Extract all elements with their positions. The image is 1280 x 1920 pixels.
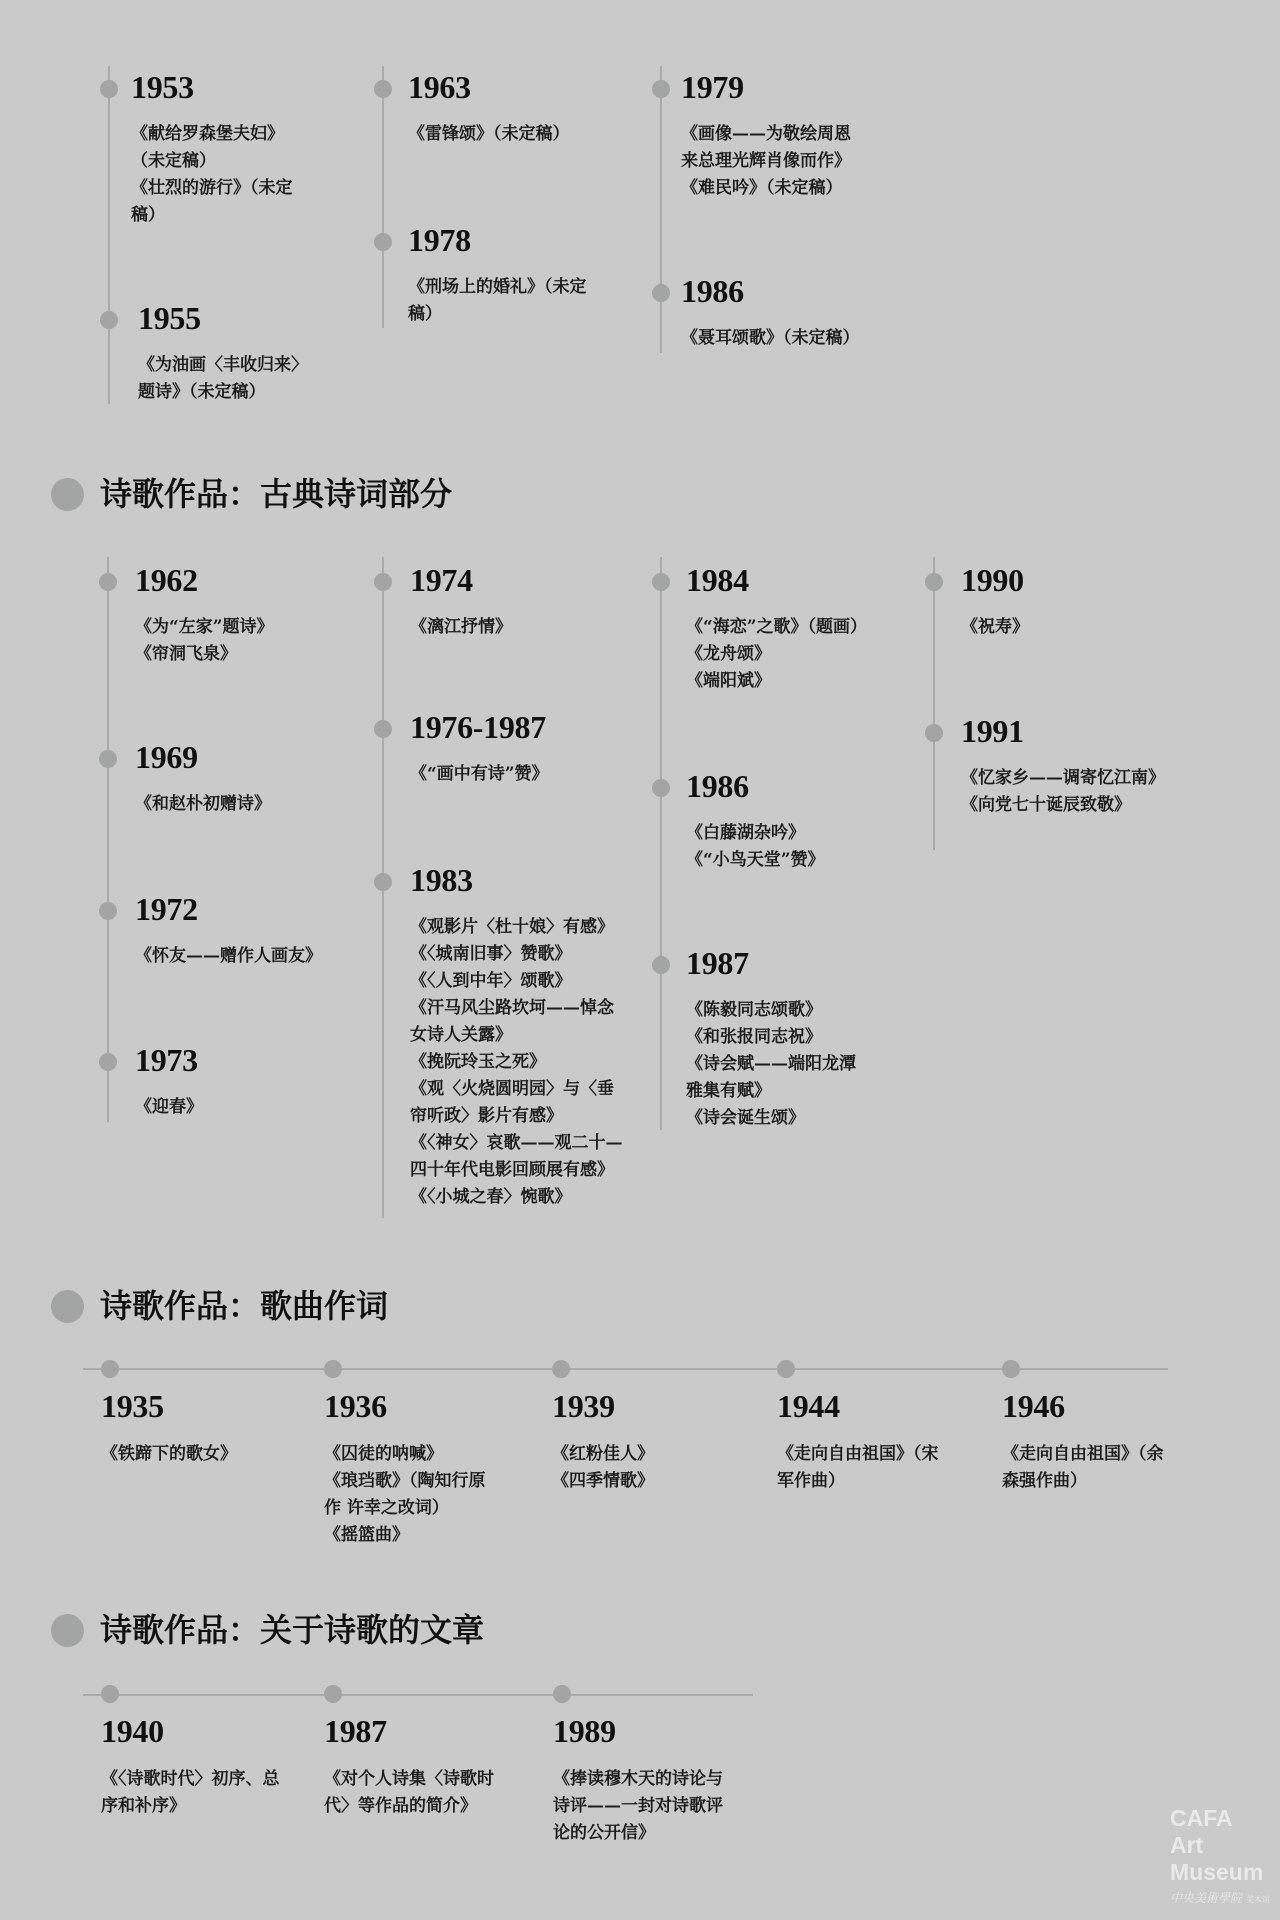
timeline-entry-1944: 1944 《走向自由祖国》（宋军作曲） [777,1388,939,1495]
timeline-entry-1963: 1963 《雷锋颂》（未定稿） [383,69,587,148]
year-label: 1936 [324,1388,486,1424]
work-list: 《铁蹄下的歌女》 [101,1441,280,1468]
timeline-dot [99,750,117,768]
section-heading-classical: 诗歌作品：古典诗词部分 [51,474,452,514]
work-title: 《“画中有诗”赞》 [410,761,589,788]
year-label: 1987 [324,1713,503,1749]
work-list: 《刑场上的婚礼》（未定稿） [408,274,587,328]
timeline-entry-1976-1987: 1976-1987 《“画中有诗”赞》 [383,709,589,788]
timeline-entry-1955: 1955 《为油画〈丰收归来〉题诗》（未定稿） [109,300,317,406]
timeline-dot [925,573,943,591]
year-label: 1946 [1002,1388,1164,1424]
timeline-dot [374,233,392,251]
year-label: 1991 [961,713,1174,749]
section-title: 诗歌作品：古典诗词部分 [100,474,452,514]
timeline-dot [652,956,670,974]
timeline-entry-1953: 1953 《献给罗森堡夫妇》（未定稿） 《壮烈的游行》（未定稿） [109,69,293,229]
work-title: 《怀友——赠作人画友》 [135,943,339,970]
year-label: 1939 [552,1388,731,1424]
work-title: 《向党七十诞辰致敬》 [961,792,1174,819]
work-title: 《挽阮玲玉之死》 [410,1049,623,1076]
timeline-dot [652,80,670,98]
section-heading-songs: 诗歌作品：歌曲作词 [51,1286,388,1326]
work-list: 《白藤湖杂吟》 《“小鸟天堂”赞》 [686,820,865,874]
timeline-dot [925,724,943,742]
year-label: 1972 [135,891,339,927]
work-title: 《〈诗歌时代〉初序、总序和补序》 [101,1766,280,1820]
timeline-entry-1973: 1973 《迎春》 [108,1042,314,1121]
work-list: 《对个人诗集〈诗歌时代〉等作品的简介》 [324,1766,503,1820]
work-title: 《〈小城之春〉惋歌》 [410,1184,623,1211]
work-title: 《红粉佳人》 [552,1441,731,1468]
work-title: 《壮烈的游行》（未定稿） [131,175,293,229]
timeline-entry-1986: 1986 《聂耳颂歌》（未定稿） [661,273,877,352]
work-title: 《献给罗森堡夫妇》（未定稿） [131,121,293,175]
work-list: 《“海恋”之歌》（题画） 《龙舟颂》 《端阳斌》 [686,614,899,695]
timeline-dot [652,779,670,797]
year-label: 1974 [410,562,589,598]
year-label: 1963 [408,69,587,105]
work-list: 《漓江抒情》 [410,614,589,641]
year-label: 1986 [681,273,877,309]
year-label: 1955 [138,300,317,336]
timeline-entry-1940: 1940 《〈诗歌时代〉初序、总序和补序》 [101,1713,280,1820]
work-list: 《迎春》 [135,1094,314,1121]
timeline-dot [374,573,392,591]
cafa-art-museum-logo: CAFA Art Museum 中央美術學院美术馆 [1170,1805,1270,1908]
work-title: 《龙舟颂》 [686,641,899,668]
work-list: 《为“左家”题诗》 《帘洞飞泉》 [135,614,314,668]
year-label: 1987 [686,945,865,981]
year-label: 1989 [553,1713,732,1749]
timeline-dot [101,1360,119,1378]
work-list: 《〈诗歌时代〉初序、总序和补序》 [101,1766,280,1820]
work-list: 《走向自由祖国》（余森强作曲） [1002,1441,1164,1495]
work-list: 《观影片〈杜十娘〉有感》 《〈城南旧事〉赞歌》 《〈人到中年〉颂歌》 《汗马风尘… [410,914,623,1211]
timeline-dot [777,1360,795,1378]
work-list: 《祝寿》 [961,614,1140,641]
timeline-entry-1962: 1962 《为“左家”题诗》 《帘洞飞泉》 [108,562,314,668]
work-title: 《囚徒的呐喊》 [324,1441,486,1468]
logo-line-museum: Museum [1170,1859,1270,1886]
year-label: 1969 [135,739,314,775]
timeline-dot [100,80,118,98]
work-title: 《铁蹄下的歌女》 [101,1441,280,1468]
logo-calligraphy: 中央美術學院 [1170,1891,1242,1905]
work-title: 《捧读穆木天的诗论与诗评——一封对诗歌评论的公开信》 [553,1766,732,1847]
timeline-line [83,1694,753,1696]
logo-subtitle: 美术馆 [1246,1895,1270,1904]
heading-bullet-icon [51,1614,84,1647]
logo-chinese-name: 中央美術學院美术馆 [1170,1890,1270,1908]
work-title: 《画像——为敬绘周恩来总理光辉肖像而作》 [681,121,860,175]
work-title: 《对个人诗集〈诗歌时代〉等作品的简介》 [324,1766,503,1820]
work-list: 《怀友——赠作人画友》 [135,943,339,970]
work-title: 《迎春》 [135,1094,314,1121]
timeline-dot [552,1360,570,1378]
work-title: 《摇篮曲》 [324,1522,486,1549]
heading-bullet-icon [51,1290,84,1323]
work-title: 《端阳斌》 [686,668,899,695]
work-title: 《“海恋”之歌》（题画） [686,614,899,641]
work-title: 《走向自由祖国》（余森强作曲） [1002,1441,1164,1495]
work-title: 《观〈火烧圆明园〉与〈垂帘听政〉影片有感》 [410,1076,623,1130]
section-heading-essays: 诗歌作品：关于诗歌的文章 [51,1610,484,1650]
timeline-dot [652,284,670,302]
timeline-dot [652,573,670,591]
year-label: 1976-1987 [410,709,589,745]
work-list: 《雷锋颂》（未定稿） [408,121,587,148]
work-title: 《诗会赋——端阳龙潭雅集有赋》 [686,1051,865,1105]
logo-line-cafa: CAFA [1170,1805,1270,1832]
year-label: 1953 [131,69,293,105]
timeline-dot [1002,1360,1020,1378]
timeline-dot [324,1360,342,1378]
year-label: 1940 [101,1713,280,1749]
timeline-entry-1986: 1986 《白藤湖杂吟》 《“小鸟天堂”赞》 [661,768,865,874]
work-title: 《陈毅同志颂歌》 [686,997,865,1024]
timeline-dot [99,902,117,920]
work-list: 《忆家乡——调寄忆江南》 《向党七十诞辰致敬》 [961,765,1174,819]
work-list: 《走向自由祖国》（宋军作曲） [777,1441,939,1495]
year-label: 1990 [961,562,1140,598]
timeline-entry-1935: 1935 《铁蹄下的歌女》 [101,1388,280,1468]
timeline-dot [99,1053,117,1071]
timeline-entry-1978: 1978 《刑场上的婚礼》（未定稿） [383,222,587,328]
timeline-entry-1990: 1990 《祝寿》 [934,562,1140,641]
timeline-entry-1987: 1987 《对个人诗集〈诗歌时代〉等作品的简介》 [324,1713,503,1820]
work-title: 《〈神女〉哀歌——观二十—四十年代电影回顾展有感》 [410,1130,623,1184]
timeline-entry-1979: 1979 《画像——为敬绘周恩来总理光辉肖像而作》 《难民吟》（未定稿） [661,69,860,202]
work-list: 《囚徒的呐喊》 《琅珰歌》（陶知行原作 许幸之改词） 《摇篮曲》 [324,1441,486,1549]
work-title: 《为油画〈丰收归来〉题诗》（未定稿） [138,352,317,406]
timeline-entry-1969: 1969 《和赵朴初赠诗》 [108,739,314,818]
year-label: 1983 [410,862,623,898]
work-title: 《和赵朴初赠诗》 [135,791,314,818]
work-title: 《漓江抒情》 [410,614,589,641]
timeline-entry-1984: 1984 《“海恋”之歌》（题画） 《龙舟颂》 《端阳斌》 [661,562,899,695]
year-label: 1978 [408,222,587,258]
work-title: 《〈城南旧事〉赞歌》 [410,941,623,968]
work-list: 《画像——为敬绘周恩来总理光辉肖像而作》 《难民吟》（未定稿） [681,121,860,202]
work-list: 《献给罗森堡夫妇》（未定稿） 《壮烈的游行》（未定稿） [131,121,293,229]
work-title: 《聂耳颂歌》（未定稿） [681,325,877,352]
timeline-entry-1936: 1936 《囚徒的呐喊》 《琅珰歌》（陶知行原作 许幸之改词） 《摇篮曲》 [324,1388,486,1549]
year-label: 1962 [135,562,314,598]
work-title: 《忆家乡——调寄忆江南》 [961,765,1174,792]
work-list: 《“画中有诗”赞》 [410,761,589,788]
work-title: 《难民吟》（未定稿） [681,175,860,202]
work-title: 《为“左家”题诗》 [135,614,314,641]
heading-bullet-icon [51,478,84,511]
timeline-entry-1991: 1991 《忆家乡——调寄忆江南》 《向党七十诞辰致敬》 [934,713,1174,819]
timeline-entry-1987: 1987 《陈毅同志颂歌》 《和张报同志祝》 《诗会赋——端阳龙潭雅集有赋》 《… [661,945,865,1132]
work-title: 《雷锋颂》（未定稿） [408,121,587,148]
timeline-dot [99,573,117,591]
work-list: 《聂耳颂歌》（未定稿） [681,325,877,352]
work-title: 《祝寿》 [961,614,1140,641]
timeline-entry-1974: 1974 《漓江抒情》 [383,562,589,641]
work-list: 《捧读穆木天的诗论与诗评——一封对诗歌评论的公开信》 [553,1766,732,1847]
year-label: 1984 [686,562,899,598]
work-list: 《陈毅同志颂歌》 《和张报同志祝》 《诗会赋——端阳龙潭雅集有赋》 《诗会诞生颂… [686,997,865,1132]
timeline-dot [553,1685,571,1703]
timeline-dot [324,1685,342,1703]
year-label: 1944 [777,1388,939,1424]
work-title: 《观影片〈杜十娘〉有感》 [410,914,623,941]
work-title: 《刑场上的婚礼》（未定稿） [408,274,587,328]
timeline-entry-1972: 1972 《怀友——赠作人画友》 [108,891,339,970]
work-title: 《琅珰歌》（陶知行原作 许幸之改词） [324,1468,486,1522]
work-title: 《和张报同志祝》 [686,1024,865,1051]
work-title: 《四季情歌》 [552,1468,731,1495]
work-title: 《白藤湖杂吟》 [686,820,865,847]
timeline-dot [374,80,392,98]
work-title: 《帘洞飞泉》 [135,641,314,668]
work-title: 《走向自由祖国》（宋军作曲） [777,1441,939,1495]
timeline-dot [100,311,118,329]
year-label: 1979 [681,69,860,105]
year-label: 1973 [135,1042,314,1078]
timeline-entry-1989: 1989 《捧读穆木天的诗论与诗评——一封对诗歌评论的公开信》 [553,1713,732,1847]
work-title: 《诗会诞生颂》 [686,1105,865,1132]
work-title: 《“小鸟天堂”赞》 [686,847,865,874]
work-list: 《红粉佳人》 《四季情歌》 [552,1441,731,1495]
year-label: 1935 [101,1388,280,1424]
timeline-entry-1946: 1946 《走向自由祖国》（余森强作曲） [1002,1388,1164,1495]
timeline-entry-1939: 1939 《红粉佳人》 《四季情歌》 [552,1388,731,1495]
work-title: 《〈人到中年〉颂歌》 [410,968,623,995]
timeline-entry-1983: 1983 《观影片〈杜十娘〉有感》 《〈城南旧事〉赞歌》 《〈人到中年〉颂歌》 … [383,862,623,1211]
work-list: 《为油画〈丰收归来〉题诗》（未定稿） [138,352,317,406]
section-title: 诗歌作品：歌曲作词 [100,1286,388,1326]
work-list: 《和赵朴初赠诗》 [135,791,314,818]
timeline-dot [374,720,392,738]
logo-line-art: Art [1170,1832,1270,1859]
section-title: 诗歌作品：关于诗歌的文章 [100,1610,484,1650]
year-label: 1986 [686,768,865,804]
work-title: 《汗马风尘路坎坷——悼念女诗人关露》 [410,995,623,1049]
timeline-dot [101,1685,119,1703]
timeline-dot [374,873,392,891]
